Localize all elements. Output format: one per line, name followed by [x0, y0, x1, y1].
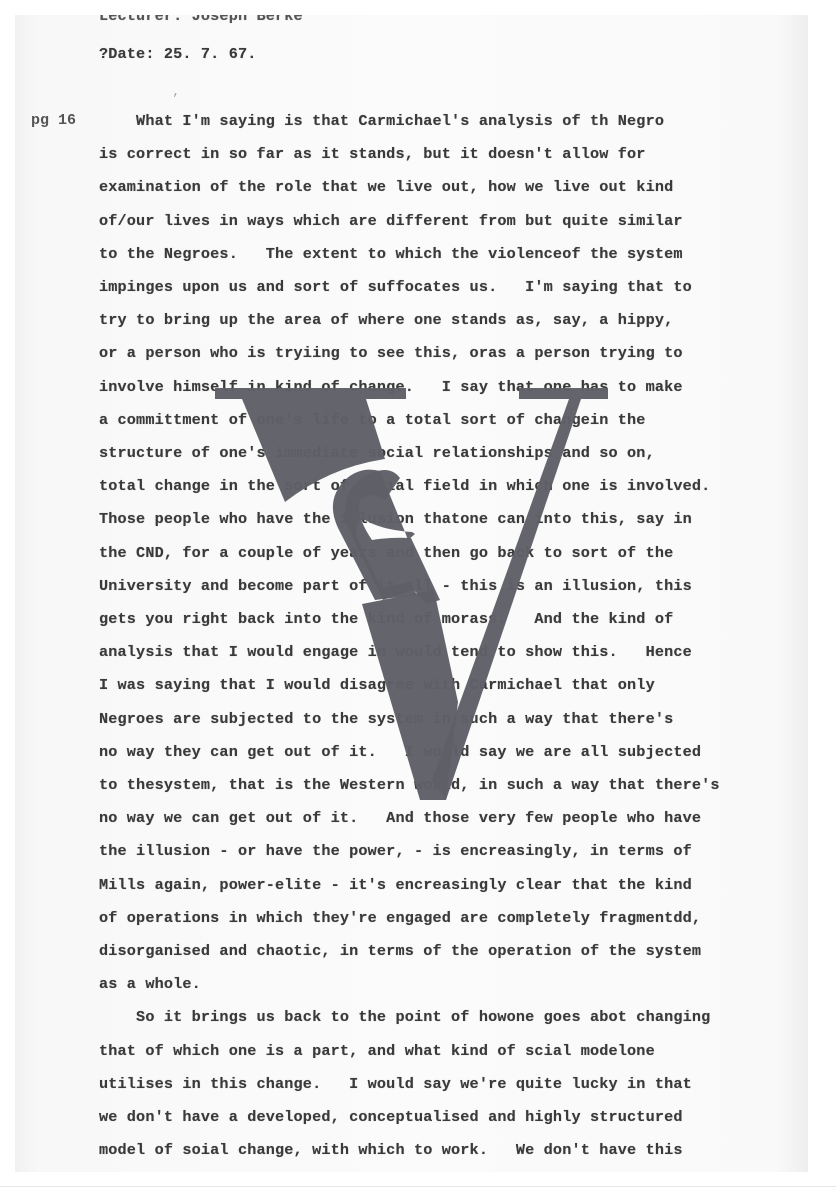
text-line: we don't have a developed, conceptualise… [99, 1108, 683, 1126]
text-line: Negroes are subjected to the system in s… [99, 710, 673, 728]
text-line: disorganised and chaotic, in terms of th… [99, 942, 701, 960]
text-line: that of which one is a part, and what ki… [99, 1042, 655, 1060]
text-line: to the Negroes. The extent to which the … [99, 245, 683, 263]
text-line: total change in the sort of social field… [99, 477, 710, 495]
text-line: So it brings us back to the point of how… [99, 1008, 710, 1026]
text-line: I was saying that I would disagree with … [99, 676, 655, 694]
text-line: utilises in this change. I would say we'… [99, 1075, 692, 1093]
text-line: no way they can get out of it. I would s… [99, 743, 701, 761]
text-line: as a whole. [99, 975, 201, 993]
bottom-divider [0, 1186, 836, 1187]
text-line: the CND, for a couple of years and then … [99, 544, 673, 562]
text-line: gets you right back into the kind of mor… [99, 610, 673, 628]
date-line: ?Date: 25. 7. 67. [99, 45, 257, 63]
stray-mark: ‚ [172, 85, 179, 99]
text-line: examination of the role that we live out… [99, 178, 673, 196]
text-line: Those people who have the illusion thato… [99, 510, 692, 528]
text-line: to thesystem, that is the Western world,… [99, 776, 720, 794]
text-line: structure of one's immediate social rela… [99, 444, 655, 462]
text-line: Mills again, power-elite - it's encreasi… [99, 876, 692, 894]
text-line: impinges upon us and sort of suffocates … [99, 278, 692, 296]
text-line: of operations in which they're engaged a… [99, 909, 701, 927]
lecturer-line: Lecturer: Joseph Berke [99, 15, 303, 25]
text-line: model of soial change, with which to wor… [99, 1141, 683, 1159]
scanned-page: Lecturer: Joseph Berke ?Date: 25. 7. 67.… [15, 15, 808, 1172]
page-number-note: pg 16 [31, 112, 76, 129]
text-line: involve himself in kind of change. I say… [99, 378, 683, 396]
text-line: the illusion - or have the power, - is e… [99, 842, 692, 860]
text-line: try to bring up the area of where one st… [99, 311, 673, 329]
text-line: analysis that I would engage in would te… [99, 643, 692, 661]
text-line: What I'm saying is that Carmichael's ana… [99, 112, 664, 130]
text-line: no way we can get out of it. And those v… [99, 809, 701, 827]
text-line: University and become part of it all - t… [99, 577, 692, 595]
text-line: or a person who is tryiing to see this, … [99, 344, 683, 362]
text-line: a committment of one's life to a total s… [99, 411, 646, 429]
text-line: of/our lives in ways which are different… [99, 212, 683, 230]
text-line: is correct in so far as it stands, but i… [99, 145, 646, 163]
